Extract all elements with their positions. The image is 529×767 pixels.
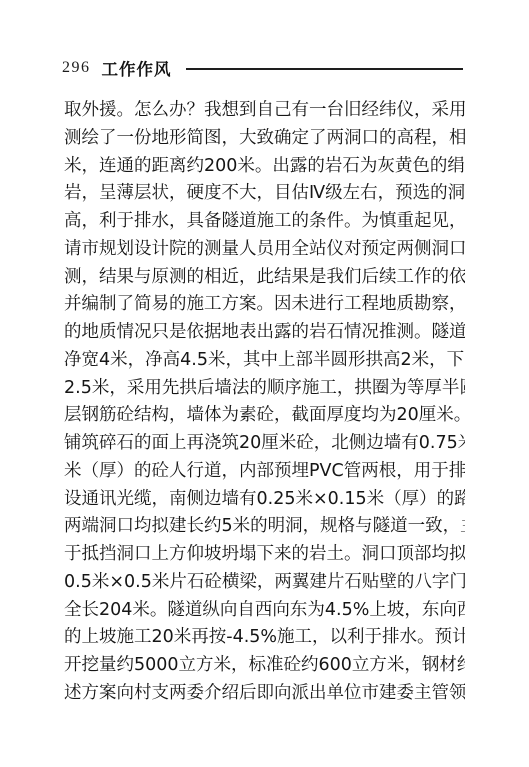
body-text-line: 层钢筋砼结构，墙体为素砼，截面厚度均为20厘米。底板在 <box>64 402 465 430</box>
body-text-line: 两端洞口均拟建长约5米的明洞，规格与隧道一致，主要用 <box>64 513 465 541</box>
body-text-line: 全长204米。隧道纵向自西向东为4.5%上坡，东向西先按1% <box>64 597 465 625</box>
page-number: 296 <box>62 59 91 77</box>
body-text-line: 岩，呈薄层状，硬度不大，目估Ⅳ级左右，预选的洞口位置 <box>64 180 465 208</box>
header-rule <box>186 68 464 70</box>
book-page: 296 工作作风 取外援。怎么办？我想到自己有一台旧经纬仪，采用老办法测绘了一份… <box>0 0 529 767</box>
body-text-line: 测，结果与原测的相近，此结果是我们后续工作的依据， <box>64 264 465 292</box>
body-text-line: 并编制了简易的施工方案。因未进行工程地质勘察，洞内 <box>64 291 465 319</box>
body-text-line: 高，利于排水，具备隧道施工的条件。为慎重起见，我又聘 <box>64 208 465 236</box>
body-text-line: 取外援。怎么办？我想到自己有一台旧经纬仪，采用老办法 <box>64 97 465 125</box>
body-text-line: 0.5米×0.5米片石砼横梁，两翼建片石贴壁的八字门，隧道 <box>64 569 465 597</box>
body-text-line: 请市规划设计院的测量人员用全站仪对预定两侧洞口进行复 <box>64 236 465 264</box>
body-text-line: 的上坡施工20米再按-4.5%施工，以利于排水。预计隧道总 <box>64 624 465 652</box>
body-text-line: 2.5米，采用先拱后墙法的顺序施工，拱圈为等厚半圆形单 <box>64 375 465 403</box>
body-text-line: 铺筑碎石的面上再浇筑20厘米砼，北侧边墙有0.75米×0.20 <box>64 430 465 458</box>
body-text-line: 的地质情况只是依据地表出露的岩石情况推测。隧道设计 <box>64 319 465 347</box>
body-text-line: 设通讯光缆，南侧边墙有0.25米×0.15米（厚）的路缘带。 <box>64 486 465 514</box>
body-text-line: 米，连通的距离约200米。出露的岩石为灰黄色的绢云母板 <box>64 153 465 181</box>
body-text-line: 述方案向村支两委介绍后即向派出单位市建委主管领导和 <box>64 680 465 708</box>
body-text-line: 测绘了一份地形简图，大致确定了两洞口的高程，相差约8 <box>64 125 465 153</box>
body-text: 取外援。怎么办？我想到自己有一台旧经纬仪，采用老办法测绘了一份地形简图，大致确定… <box>64 97 465 708</box>
page-header: 296 工作作风 <box>62 57 463 79</box>
section-title: 工作作风 <box>102 56 172 80</box>
body-text-line: 开挖量约5000立方米，标准砼约600立方米，钢材约6吨。上 <box>64 652 465 680</box>
body-text-line: 净宽4米，净高4.5米，其中上部半圆形拱高2米，下部墙高 <box>64 347 465 375</box>
body-text-line: 米（厚）的砼人行道，内部预埋PVC管两根，用于排水和铺 <box>64 458 465 486</box>
body-text-line: 于抵挡洞口上方仰坡坍塌下来的岩土。洞口顶部均拟建横向 <box>64 541 465 569</box>
